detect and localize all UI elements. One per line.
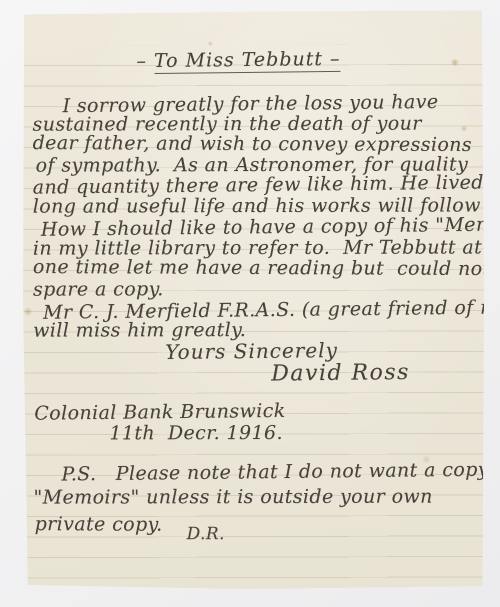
letter-date: 11th Decr. 1916. (109, 424, 283, 443)
foxing-stain (461, 125, 468, 131)
letter-line: one time let me have a reading but could… (33, 258, 491, 279)
photo-backdrop: – To Miss Tebbutt – I sorrow greatly for… (0, 0, 500, 607)
letter-line: spare a copy. (33, 280, 164, 299)
heading-underlined: To Miss Tebbutt – (154, 48, 341, 74)
letter-line: will miss him greatly. (33, 321, 246, 341)
postscript-initials: D.R. (187, 526, 225, 543)
postscript-line: private copy. (35, 515, 163, 535)
foxing-stain (450, 58, 459, 66)
postscript-line: P.S. Please note that I do not want a co… (61, 460, 500, 484)
signature: David Ross (271, 362, 410, 386)
sender-address: Colonial Bank Brunswick (34, 402, 285, 424)
foxing-stain (207, 41, 213, 46)
closing: Yours Sincerely (165, 340, 338, 362)
postscript-line: "Memoirs" unless it is outside your own (33, 488, 432, 508)
letter-line: dear father, and wish to convey expressi… (33, 134, 472, 155)
heading-dash: – (136, 50, 154, 72)
letter-paper: – To Miss Tebbutt – I sorrow greatly for… (22, 10, 485, 589)
letter-heading: – To Miss Tebbutt – (136, 50, 340, 71)
foxing-stain (24, 307, 32, 317)
